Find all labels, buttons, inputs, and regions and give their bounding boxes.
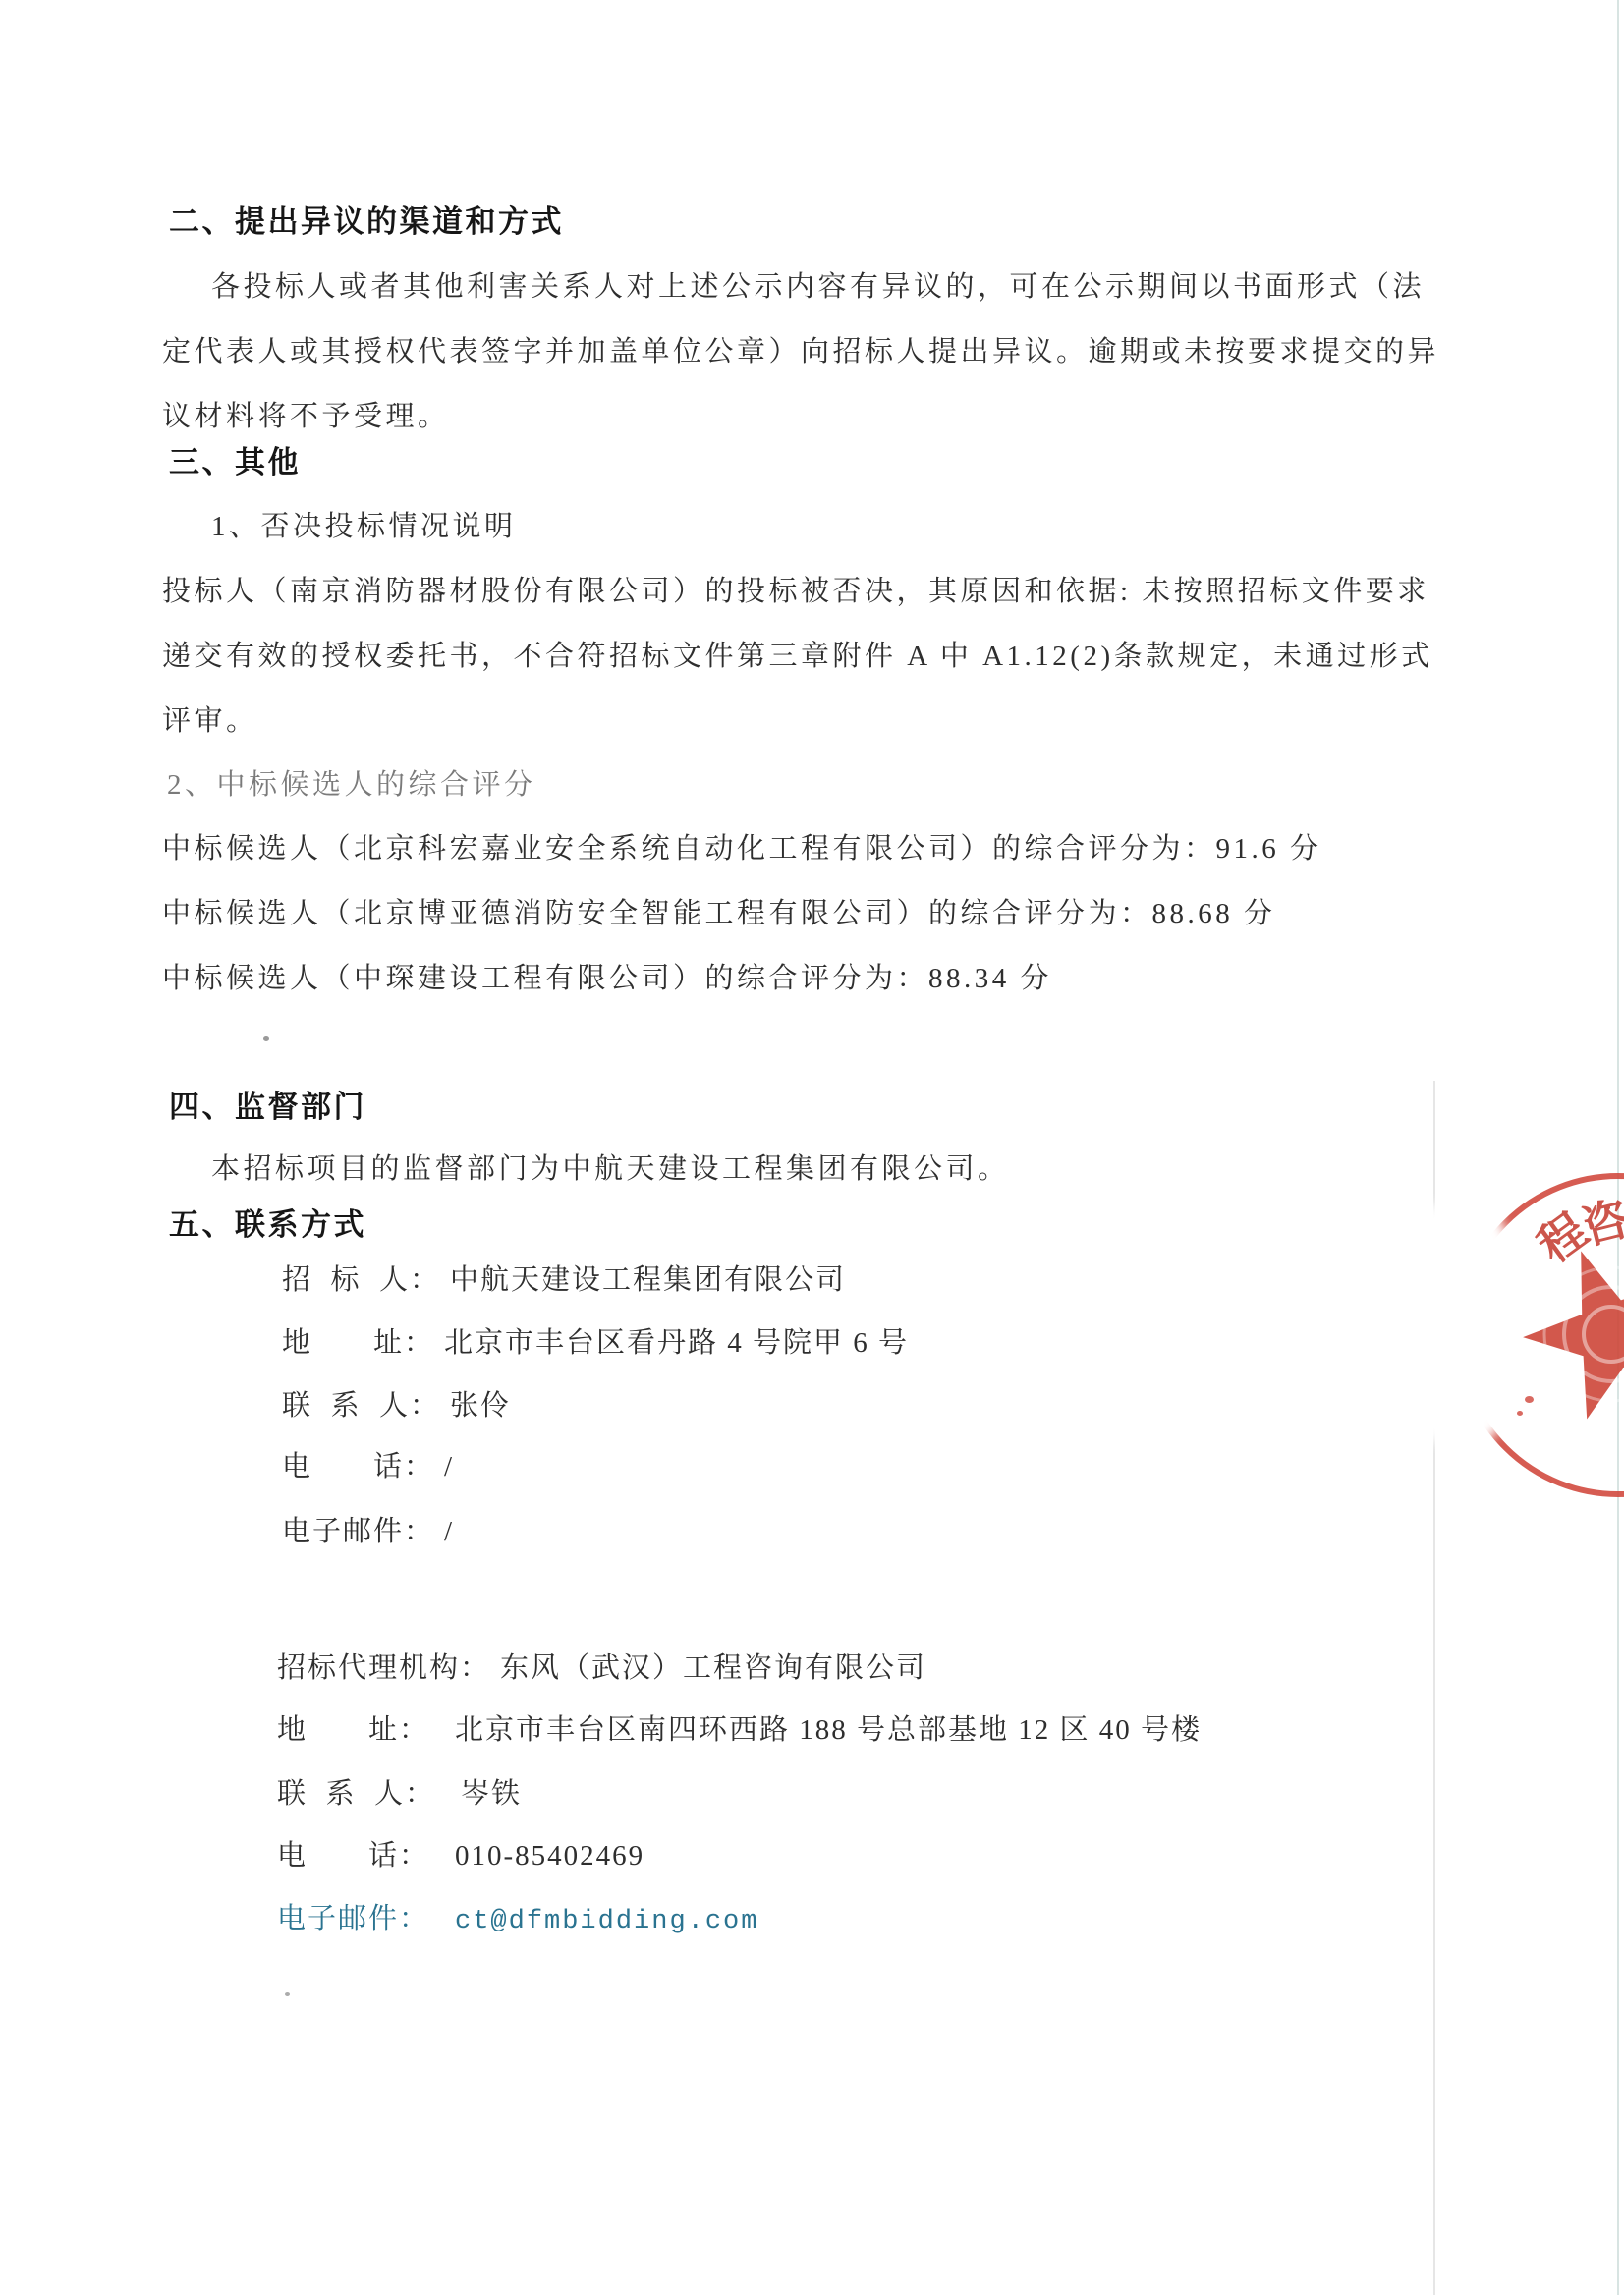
tenderer-row-email: 电子邮件：/	[282, 1512, 454, 1551]
field-label: 电 话：	[282, 1451, 434, 1483]
stamp-ink-speck	[1517, 1411, 1523, 1416]
rejection-line-3: 评审。	[162, 701, 258, 741]
stamp-ink-speck	[1525, 1396, 1534, 1403]
field-label: 招 标 人：	[282, 1264, 440, 1296]
field-value: 中航天建设工程集团有限公司	[450, 1264, 846, 1296]
field-label: 联 系 人：	[277, 1778, 435, 1810]
candidate-line-1: 中标候选人（北京科宏嘉业安全系统自动化工程有限公司）的综合评分为：91.6 分	[162, 829, 1322, 868]
tenderer-row-address: 地 址：北京市丰台区看丹路 4 号院甲 6 号	[282, 1323, 909, 1363]
field-value: ct@dfmbidding.com	[455, 1907, 758, 1936]
field-label: 联 系 人：	[282, 1390, 440, 1422]
stamp-ink-fade	[1400, 1201, 1520, 1446]
agency-row-contact-person: 联 系 人：岑铁	[277, 1774, 522, 1814]
ink-speck	[263, 1036, 269, 1041]
supervision-body: 本招标项目的监督部门为中航天建设工程集团有限公司。	[211, 1149, 1010, 1189]
tenderer-row-phone: 电 话：/	[282, 1447, 454, 1486]
field-label: 电子邮件：	[277, 1903, 429, 1934]
field-value: /	[444, 1516, 454, 1547]
tenderer-row-name: 招 标 人：中航天建设工程集团有限公司	[282, 1260, 846, 1300]
field-label: 地 址：	[277, 1714, 429, 1746]
other-item-1-title: 1、否决投标情况说明	[211, 507, 517, 546]
field-label: 招标代理机构：	[277, 1652, 490, 1684]
agency-row-email: 电子邮件：ct@dfmbidding.com	[277, 1899, 758, 1941]
field-value: 010-85402469	[455, 1840, 644, 1872]
candidate-line-3: 中标候选人（中琛建设工程有限公司）的综合评分为：88.34 分	[162, 959, 1052, 998]
document-page: 二、提出异议的渠道和方式 各投标人或者其他利害关系人对上述公示内容有异议的，可在…	[0, 0, 1624, 2295]
field-value: 北京市丰台区南四环西路 188 号总部基地 12 区 40 号楼	[455, 1714, 1202, 1746]
field-value: 岑铁	[461, 1778, 522, 1810]
objection-line-2: 定代表人或其授权代表签字并加盖单位公章）向招标人提出异议。逾期或未按要求提交的异	[162, 332, 1439, 371]
other-item-2-title: 2、中标候选人的综合评分	[167, 765, 536, 805]
ink-speck	[285, 1992, 290, 1996]
section-5-heading: 五、联系方式	[169, 1204, 366, 1246]
candidate-line-2: 中标候选人（北京博亚德消防安全智能工程有限公司）的综合评分为：88.68 分	[162, 894, 1276, 933]
agency-row-address: 地 址：北京市丰台区南四环西路 188 号总部基地 12 区 40 号楼	[277, 1710, 1202, 1750]
field-label: 电子邮件：	[282, 1516, 434, 1547]
field-label: 地 址：	[282, 1327, 434, 1359]
agency-row-phone: 电 话：010-85402469	[277, 1836, 644, 1875]
field-value: 张伶	[450, 1390, 511, 1422]
rejection-line-2: 递交有效的授权委托书，不合符招标文件第三章附件 A 中 A1.12(2)条款规定…	[162, 637, 1433, 676]
objection-line-3: 议材料将不予受理。	[162, 397, 450, 436]
field-value: /	[444, 1451, 454, 1483]
section-3-heading: 三、其他	[169, 442, 301, 483]
objection-line-1: 各投标人或者其他利害关系人对上述公示内容有异议的，可在公示期间以书面形式（法	[211, 267, 1425, 307]
rejection-line-1: 投标人（南京消防器材股份有限公司）的投标被否决，其原因和依据: 未按照招标文件要…	[162, 572, 1429, 611]
field-value: 东风（武汉）工程咨询有限公司	[500, 1652, 926, 1684]
agency-row-name: 招标代理机构：东风（武汉）工程咨询有限公司	[277, 1649, 926, 1688]
section-2-heading: 二、提出异议的渠道和方式	[169, 201, 564, 243]
field-value: 北京市丰台区看丹路 4 号院甲 6 号	[444, 1327, 909, 1359]
section-4-heading: 四、监督部门	[169, 1087, 366, 1128]
tenderer-row-contact-person: 联 系 人：张伶	[282, 1386, 511, 1426]
field-label: 电 话：	[277, 1840, 429, 1872]
scan-edge-line	[1617, 0, 1619, 2295]
